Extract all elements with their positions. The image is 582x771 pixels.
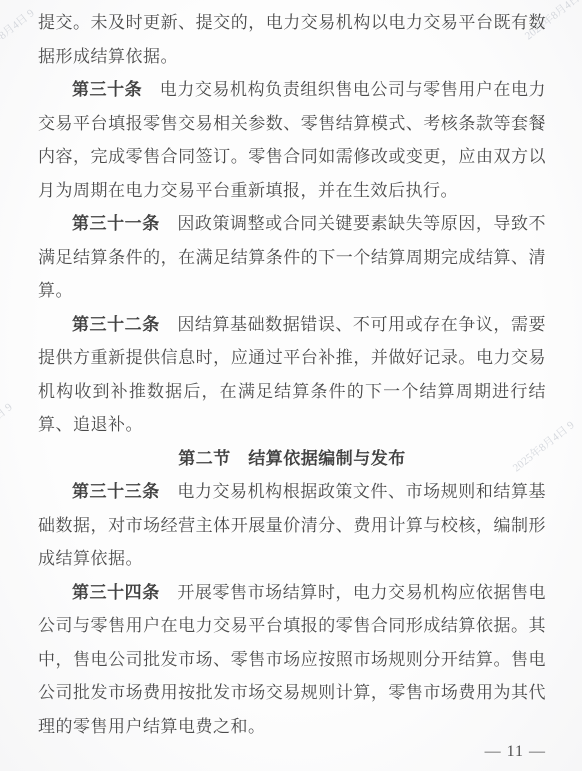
article-number: 第三十四条 xyxy=(72,583,160,602)
paragraph-article-34: 第三十四条 开展零售市场结算时，电力交易机构应依据售电公司与零售用户在电力交易平… xyxy=(38,576,546,744)
date-watermark: 2025年8月4日 9 xyxy=(0,5,37,63)
article-number: 第三十条 xyxy=(72,80,142,99)
page-number: — 11 — xyxy=(485,743,546,761)
paragraph-text: 开展零售市场结算时，电力交易机构应依据售电公司与零售用户在电力交易平台填报的零售… xyxy=(38,583,546,736)
section-heading: 第二节 结算依据编制与发布 xyxy=(38,442,546,476)
document-page: 2025年8月4日 9 2025年8月4日 9 2025年8月4日 9 2025… xyxy=(0,0,582,771)
paragraph-text: 提交。未及时更新、提交的，电力交易机构以电力交易平台既有数据形成结算依据。 xyxy=(38,13,546,66)
paragraph-article-31: 第三十一条 因政策调整或合同关键要素缺失等原因，导致不满足结算条件的，在满足结算… xyxy=(38,207,546,308)
document-content: 提交。未及时更新、提交的，电力交易机构以电力交易平台既有数据形成结算依据。 第三… xyxy=(38,6,546,743)
date-watermark: 2025年8月4日 9 xyxy=(0,399,15,457)
paragraph-article-32: 第三十二条 因结算基础数据错误、不可用或存在争议，需要提供方重新提供信息时，应通… xyxy=(38,308,546,442)
article-number: 第三十一条 xyxy=(72,214,160,233)
article-number: 第三十二条 xyxy=(72,315,160,334)
paragraph-article-30: 第三十条 电力交易机构负责组织售电公司与零售用户在电力交易平台填报零售交易相关参… xyxy=(38,73,546,207)
paragraph-continuation: 提交。未及时更新、提交的，电力交易机构以电力交易平台既有数据形成结算依据。 xyxy=(38,6,546,73)
article-number: 第三十三条 xyxy=(72,482,160,501)
paragraph-article-33: 第三十三条 电力交易机构根据政策文件、市场规则和结算基础数据，对市场经营主体开展… xyxy=(38,475,546,576)
